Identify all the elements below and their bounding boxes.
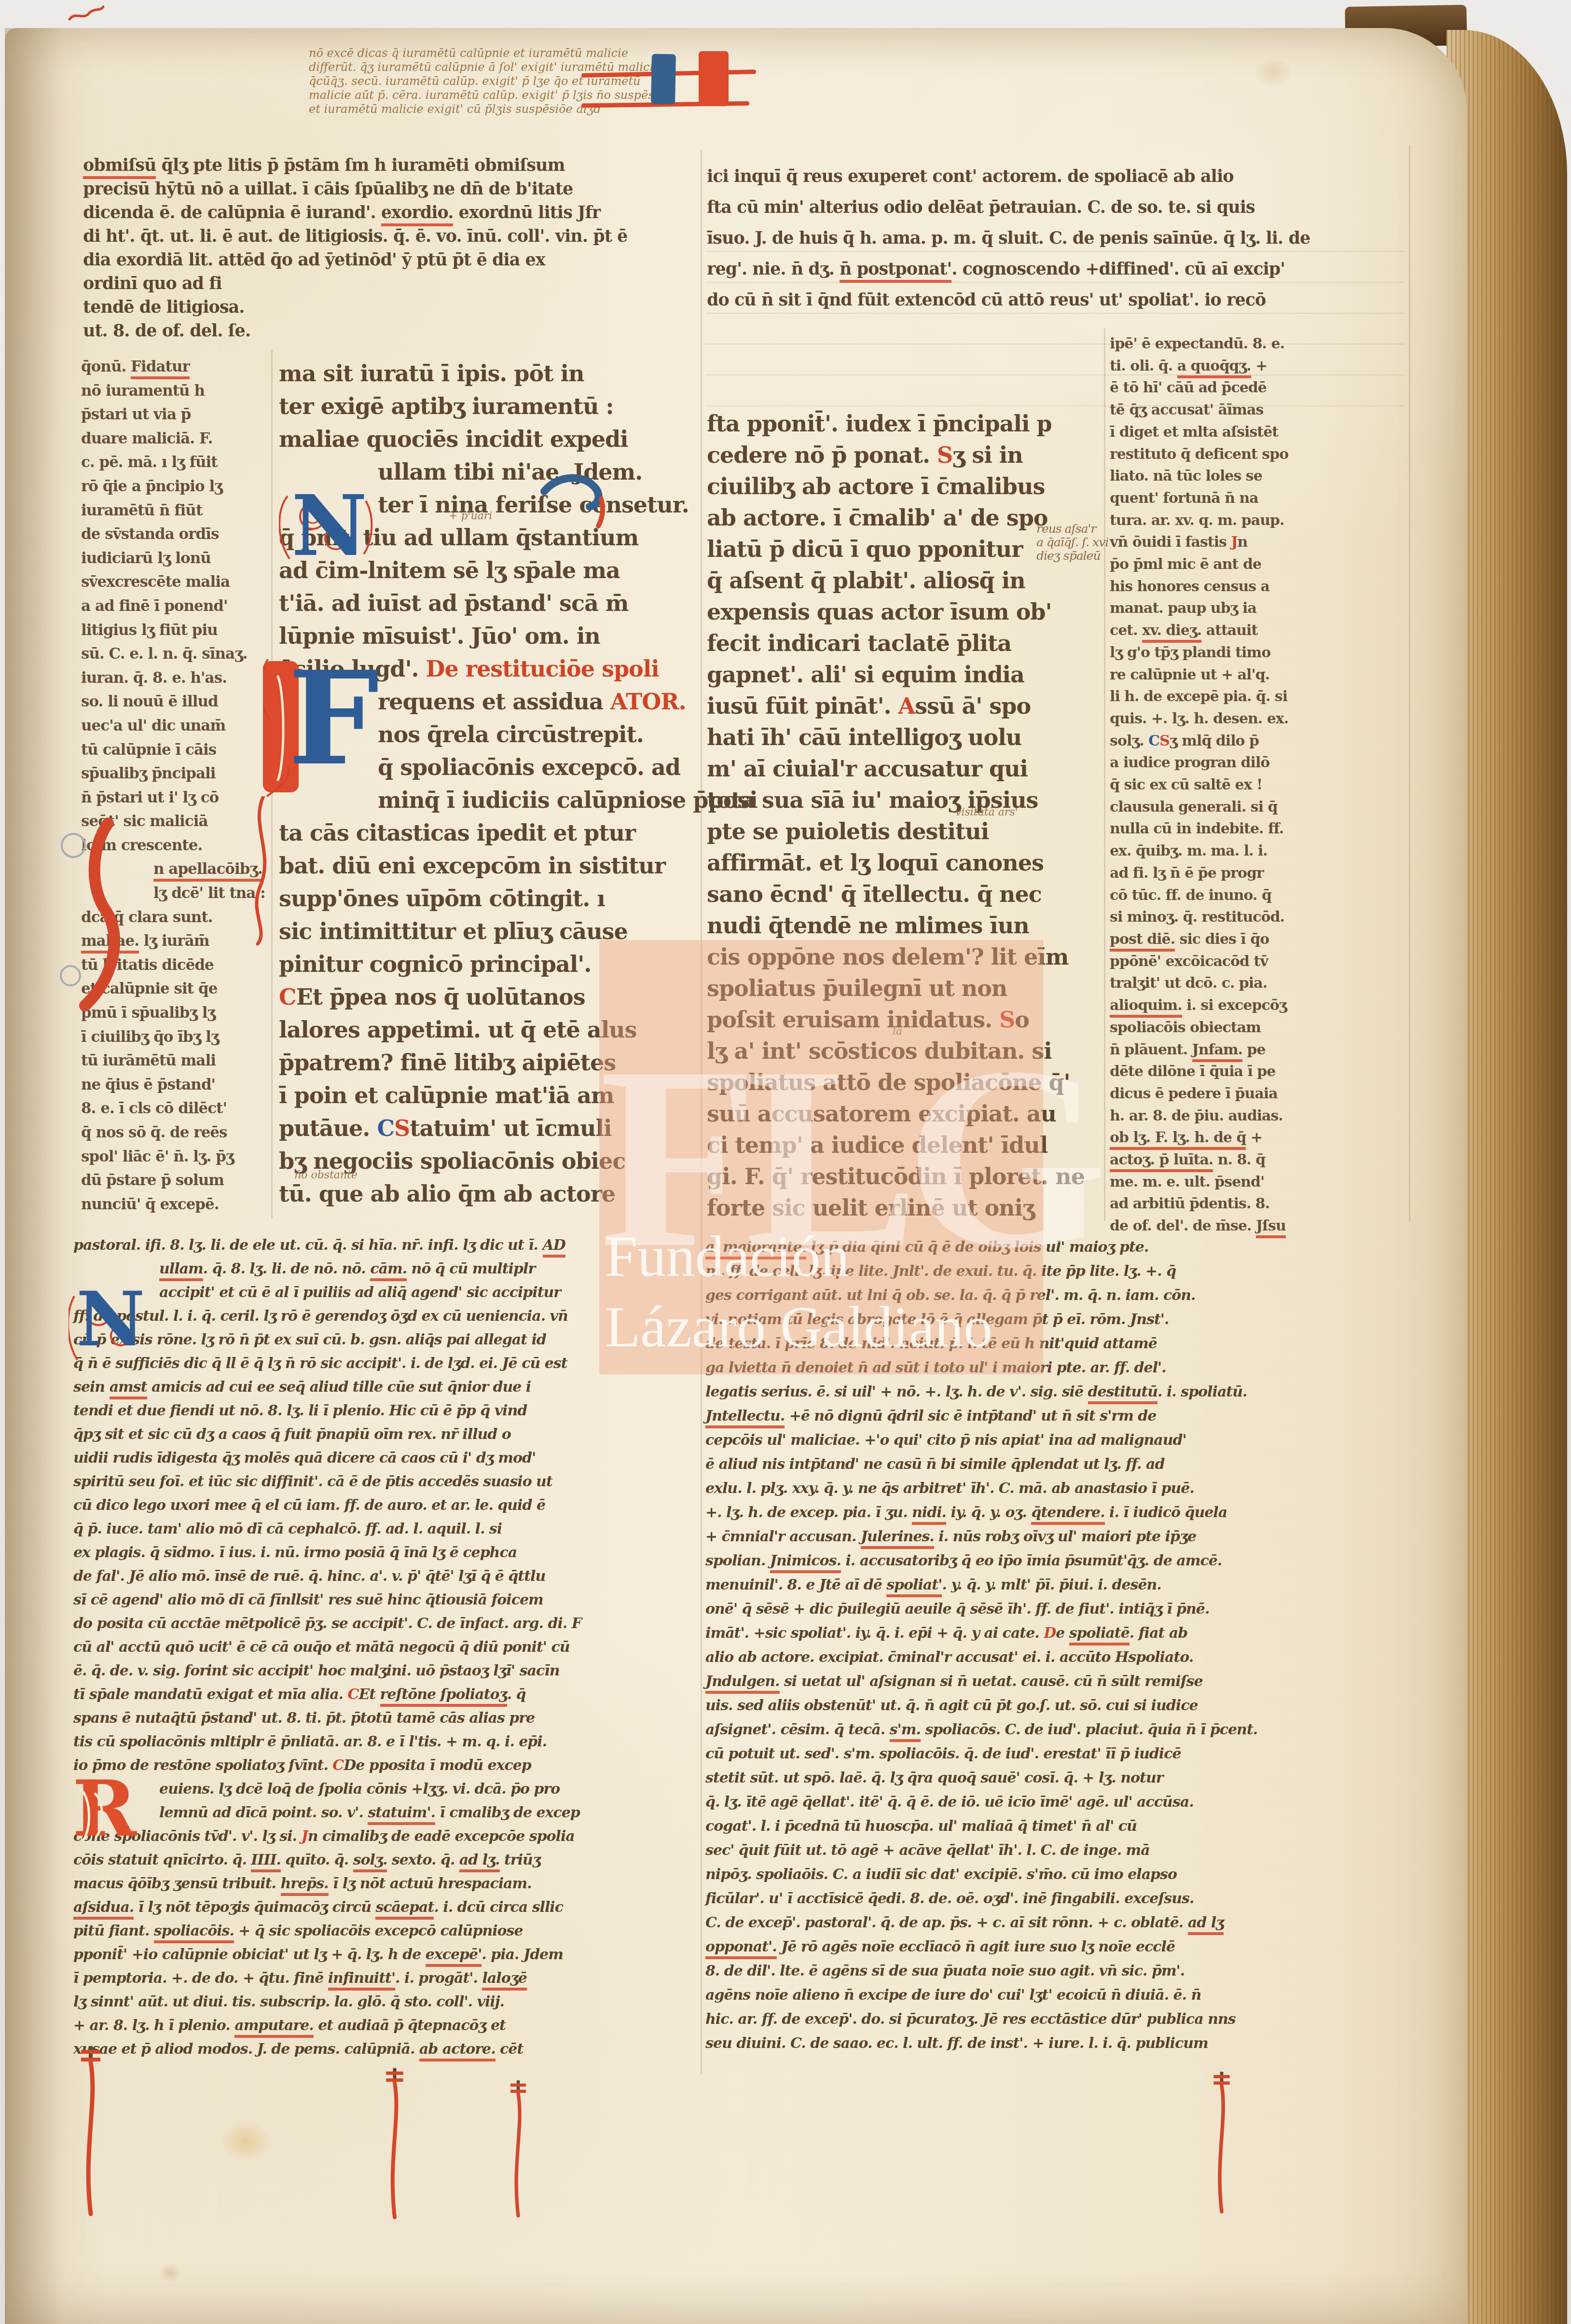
text-line: C. de excep̄'. pastoral'. q̄. de ap. p̄s… bbox=[705, 1911, 1412, 1935]
text-line: clausula generali. si q̄ bbox=[1110, 796, 1353, 818]
text-line: stetit sūt. ut spō. laē. q̄. lʒ q̄ra quo… bbox=[705, 1766, 1412, 1790]
text-line: ficūlar'. u' ī acctīsicē q̄edi. 8. de. o… bbox=[705, 1887, 1412, 1911]
text-line: Jndulgen. si uetat ul' aſsignan si n̄ ue… bbox=[705, 1670, 1412, 1694]
initial-N-nullam: N bbox=[279, 482, 375, 573]
text-line: alioquim. i. si excepcōʒ bbox=[1110, 995, 1353, 1017]
text-line: c. pē. mā. ı lʒ fūit bbox=[81, 451, 280, 475]
text-line: aſsidua. ī lʒ nōt tēpoʒis q̄uimacōʒ circ… bbox=[73, 1895, 708, 1919]
text-line: ipē' ē expectandū. 8. e. bbox=[1110, 333, 1353, 355]
text-line: ordinī quo ad fi bbox=[83, 272, 705, 295]
text-line: ex plagis. q̄ sīdmo. ī ius. i. nū. irmo … bbox=[73, 1541, 708, 1564]
text-line: onē' q̄ sēsē + dic p̄uilegiū aeuile q̄ s… bbox=[705, 1597, 1412, 1621]
text-line: litigius lʒ fiūt piu bbox=[81, 619, 280, 643]
text-line: dia exordiā lit. attēd q̄o ad ȳetinōd' ȳ… bbox=[83, 248, 705, 272]
text-line: sein amst amicis ad cui ee seq̄ aliud ti… bbox=[73, 1375, 708, 1399]
gutter-shadow bbox=[5, 28, 63, 2324]
text-line: dieʒ sp̄aleū bbox=[1036, 549, 1196, 563]
text-line: cepcōis ul' maliciae. +'o qui' cito p̄ n… bbox=[705, 1428, 1412, 1452]
text-line: de fal'. Jē alio mō. īnsē de ruē. q̄. hi… bbox=[73, 1564, 708, 1588]
text-line: do cū n̄ sit ī q̄nd fūit extencōd cū att… bbox=[707, 285, 1406, 316]
text-line: pitū fiant. spoliacōis. + q̄ sic spoliac… bbox=[73, 1919, 708, 1943]
text-line: nulla cū in indebite. ff. bbox=[1110, 818, 1353, 840]
text-line: cet. xv. dieʒ. attauit bbox=[1110, 620, 1353, 642]
text-line: ma sit iuratū ī ipis. pōt in bbox=[279, 357, 706, 390]
text-line: exlu. l. plʒ. xxy. q̄. y. ne q̄s arbitre… bbox=[705, 1477, 1412, 1501]
text-line: spolian. Jnimicos. i. accusatoribʒ q̄ eo… bbox=[705, 1549, 1412, 1573]
text-line: 8. de dil'. lte. ē agēns sī de sua p̄uat… bbox=[705, 1959, 1412, 1983]
text-line: ob lʒ. F. lʒ. h. de q̄ + bbox=[1110, 1127, 1353, 1149]
text-line: lemnū ad dīcā point. so. v'. statuim'. ī… bbox=[73, 1801, 708, 1825]
text-line: tralʒit' ut dcō. c. pia. bbox=[1110, 972, 1353, 995]
text-line: obmiſsū q̄lʒ pte litis p̄ p̄stām ſm h iu… bbox=[83, 153, 705, 177]
text-line: me. m. e. ult. p̄send' bbox=[1110, 1171, 1353, 1193]
text-line: gapnet'. ali' si equim india bbox=[707, 659, 1112, 691]
text-line: tū iurāmētū mali bbox=[81, 1049, 280, 1073]
text-line: tendi et due fiendi ut nō. 8. lʒ. li ī p… bbox=[73, 1399, 708, 1423]
column2-intro-text: ici inquī q̄ reus exuperet cont' actorem… bbox=[707, 161, 1406, 316]
text-line: aſsignet'. cēsim. q̄ tecā. s'm. spoliacō… bbox=[705, 1718, 1412, 1742]
text-line: p̄stari ut via p̄ bbox=[81, 403, 280, 427]
text-line: reus aſsa'r bbox=[1036, 522, 1196, 536]
text-line: nudi q̄tendē ne mlimes īun bbox=[707, 910, 1112, 941]
text-line: cōis statuit qnīcirto. q̄. IIII. quīto. … bbox=[73, 1848, 708, 1872]
text-line: ici inquī q̄ reus exuperet cont' actorem… bbox=[707, 161, 1406, 192]
text-line: spol' liāc ē' n̄. lʒ. p̄ʒ bbox=[81, 1145, 280, 1169]
text-line: q̄ nos sō q̄. de reēs bbox=[81, 1121, 280, 1145]
text-line: q̄pʒ sit et sic cū dʒ a caos q̄ fuit p̄n… bbox=[73, 1423, 708, 1446]
red-tail-mark bbox=[76, 2044, 105, 2218]
text-line: so. li nouū ē illud bbox=[81, 690, 280, 714]
text-line: solʒ. CSʒ mlq̄ dilo p̄ bbox=[1110, 730, 1353, 752]
text-line: m' aī ciuial'r accusatur qui bbox=[707, 753, 1112, 785]
red-tail-flourish bbox=[240, 796, 284, 946]
text-line: īsuo. J. de huis q̄ h. ama. p. m. q̄ slu… bbox=[707, 223, 1406, 254]
text-line: ne q̄ius ē p̄stand' bbox=[81, 1073, 280, 1097]
text-line: quis. +. lʒ. h. desen. ex. bbox=[1110, 708, 1353, 730]
initial-R-reuiens: R bbox=[66, 1769, 148, 1858]
text-line: sv̄excrescēte malia bbox=[81, 570, 280, 595]
text-line: cogat'. l. i p̄cednā tū huoscp̄a. ul' ma… bbox=[705, 1814, 1412, 1839]
numeral-stroke-blue bbox=[651, 54, 676, 105]
numeral-stroke-red bbox=[699, 51, 729, 106]
text-line: pponit̄' +io calūpnie obiciat' ut lʒ + q… bbox=[73, 1943, 708, 1966]
text-line: t'iā. ad iuīst ad p̄stand' scā m̄ bbox=[279, 587, 706, 620]
text-line: q̄ sic ex cū saltē ex ! bbox=[1110, 774, 1353, 796]
text-line: ē tō hī' cāū ad p̄cedē bbox=[1110, 377, 1353, 399]
pen-hook-decoration bbox=[539, 472, 612, 530]
text-line: rō q̄ie a p̄ncipio lʒ bbox=[81, 475, 280, 499]
text-line: ex. q̄uibʒ. m. ma. l. i. bbox=[1110, 840, 1353, 862]
text-line: a iudice progran dilō bbox=[1110, 752, 1353, 774]
text-line: cū dico lego uxori mee q̄ el cū iam. ff.… bbox=[73, 1494, 708, 1517]
text-line: his honores census a bbox=[1110, 576, 1353, 598]
text-line: tē q̄ʒ accusat' āīmas bbox=[1110, 399, 1353, 421]
text-line: ti. oli. q̄. a quoq̄qʒ. + bbox=[1110, 355, 1353, 377]
text-line: tota sua sīā iu' maioʒ ip̄sius bbox=[707, 785, 1112, 816]
text-line: uidii rudis īdigesta q̄ʒ molēs quā dicer… bbox=[73, 1446, 708, 1470]
text-line: alio ab actore. excipiat. c̄minal'r accu… bbox=[705, 1646, 1412, 1670]
text-line: duare maliciā. F. bbox=[81, 427, 280, 451]
text-line: fta pponit̄'. iudex ī p̄ncipali p bbox=[707, 408, 1112, 440]
text-line: supp'ōnes uīpōm cōtingit. ı bbox=[279, 882, 706, 915]
initial-F-frequens: F bbox=[263, 656, 367, 799]
red-mark bbox=[67, 2, 105, 26]
text-line: dicenda ē. de calūpnia ē iurand'. exordi… bbox=[83, 201, 705, 224]
text-line: sū. C. e. l. n. q̄. sīnaʒ. bbox=[81, 642, 280, 666]
text-line: nipōʒ. spoliaōis. C. a iudiī sic dat' ex… bbox=[705, 1863, 1412, 1887]
text-line: opponat'. Jē rō agēs noīe ecclīacō n̄ ag… bbox=[705, 1935, 1412, 1959]
text-line: sano ēcnd' q̄ ītellectu. q̄ nec bbox=[707, 879, 1112, 910]
text-line: de sv̄standa ordīs bbox=[81, 523, 280, 547]
text-line: ī pemptoria. +. de do. + q̄tu. finē infi… bbox=[73, 1966, 708, 1990]
watermark-caption-line2: Lázaro Galdiano bbox=[605, 1296, 992, 1358]
text-line: expensis quas actor īsum ob' bbox=[707, 596, 1112, 628]
text-line: actoʒ. p̄ luīta. n. 8. q̄ bbox=[1110, 1149, 1353, 1171]
text-line: q̄. lʒ. ītē agē q̄ellat'. itē' q̄. q̄ ē.… bbox=[705, 1790, 1412, 1814]
text-line: tū calūpnie ī cāis bbox=[81, 738, 280, 762]
parchment-stain bbox=[159, 2263, 181, 2282]
column1-intro-text: obmiſsū q̄lʒ pte litis p̄ p̄stām ſm h iu… bbox=[83, 153, 705, 343]
text-line: agēns noīe alieno n̄ excipe de iure do' … bbox=[705, 1983, 1412, 2007]
text-line: iusū fūit pināt'. Assū ā' spo bbox=[707, 691, 1112, 722]
red-tail-mark bbox=[380, 2066, 409, 2221]
text-line: cū al' acctū quō ucit' ē cē cā ouq̄o et … bbox=[73, 1635, 708, 1659]
watermark-monogram: FLG bbox=[599, 964, 1043, 1350]
text-line: + ar. 8. lʒ. h ī plenio. amputare. et au… bbox=[73, 2014, 708, 2037]
text-line: a q̄aīq̄ſ. ſ. xvi bbox=[1036, 536, 1196, 549]
text-line: spiritū seu foī. et iūc sic diffinit'. c… bbox=[73, 1470, 708, 1494]
text-line: ē. q̄. de. v. sig. forint sic accipit' h… bbox=[73, 1659, 708, 1683]
red-tail-mark bbox=[1207, 2070, 1236, 2215]
right-gloss-column: ipē' ē expectandū. 8. e.ti. oli. q̄. a q… bbox=[1110, 333, 1353, 1237]
text-line: sp̄ualibʒ p̄ncipali bbox=[81, 762, 280, 786]
text-line: spans ē nutaq̄tū p̄stand' ut. 8. ti. p̄t… bbox=[73, 1706, 708, 1730]
text-line: ut. 8. de of. del. ſe. bbox=[83, 319, 705, 343]
parchment-stain bbox=[220, 2121, 273, 2162]
text-line: spoliacōis obiectam bbox=[1110, 1017, 1353, 1039]
text-line: cōne spoliacōnis tv̄d'. v'. lʒ si. Jn ci… bbox=[73, 1825, 708, 1848]
text-line: dū p̄stare p̄ solum bbox=[81, 1169, 280, 1193]
text-line: reg'. nie. n̄ dʒ. n̄ postponat'. cognosc… bbox=[707, 254, 1406, 285]
ruling-line bbox=[1409, 145, 1410, 1221]
marginal-note: reus aſsa'ra q̄aīq̄ſ. ſ. xvidieʒ sp̄aleū bbox=[1036, 522, 1196, 563]
text-line: ppōnē' excōicacōd tv̄ bbox=[1110, 951, 1353, 973]
text-line: do posita cū acctāe mētpolicē p̄ʒ. se ac… bbox=[73, 1612, 708, 1635]
text-line: iuramētū n̄ fiūt bbox=[81, 499, 280, 523]
text-line: affirmāt. et lʒ loquī canones bbox=[707, 847, 1112, 879]
text-line: fecit indicari taclatē p̄lita bbox=[707, 628, 1112, 659]
watermark-caption-line1: Fundación bbox=[605, 1226, 850, 1287]
text-line: +. lʒ. h. de excep. pia. ī ʒu. nidi. iy.… bbox=[705, 1501, 1412, 1525]
red-tail-mark bbox=[504, 2079, 533, 2219]
text-line: pte se puioletis destitui bbox=[707, 816, 1112, 847]
text-line: ciuilibʒ ab actore ī c̄malibus bbox=[707, 471, 1112, 502]
text-line: ī ciuilibʒ q̄o ībʒ lʒ bbox=[81, 1025, 280, 1050]
manuscript-photo: nō excē dicas q̄ iuramētū calūpnie et iu… bbox=[0, 0, 1571, 2324]
text-line: Jntellectu. +ē nō dignū q̄dril sic ē int… bbox=[705, 1404, 1412, 1428]
text-line: si minoʒ. q̄. restitucōd. bbox=[1110, 906, 1353, 928]
text-line: iuran. q̄. 8. e. h'as. bbox=[81, 666, 280, 691]
text-line: 8. e. ī cls cō dilēct' bbox=[81, 1097, 280, 1121]
text-line: q̄ p̄. iuce. tam' alio mō dī cā cephalcō… bbox=[73, 1517, 708, 1541]
text-line: cō tūc. ff. de inuno. q̄ bbox=[1110, 885, 1353, 907]
text-line: precisū hȳtū nō a uillat. ī cāis ſpūalib… bbox=[83, 177, 705, 201]
left-gloss-column: q̄onū. Fidaturnō iuramentū hp̄stari ut v… bbox=[81, 355, 280, 1217]
interlinear-gloss: visitatā ars' bbox=[955, 807, 1018, 818]
text-line: sec' q̄uit fūit ut. tō agē + acāve q̄ell… bbox=[705, 1839, 1412, 1863]
text-line: quent' fortunā n̄ na bbox=[1110, 487, 1353, 510]
text-line: h. ar. 8. de p̄iu. audias. bbox=[1110, 1105, 1353, 1127]
text-line: dēte dilōne ī q̄uia ī pe bbox=[1110, 1061, 1353, 1083]
text-line: euiens. lʒ dcē loq̄ de ſpolia cōnis +lʒʒ… bbox=[73, 1777, 708, 1801]
parchment-stain bbox=[1254, 58, 1293, 87]
text-line: li h. de excepē pia. q̄. si bbox=[1110, 686, 1353, 708]
text-line: nō iuramentū h bbox=[81, 379, 280, 403]
text-line: xusae et p̄ aliod modos. J. de pems. cal… bbox=[73, 2037, 708, 2061]
text-line: + c̄mnial'r accusan. Julerines. i. nūs r… bbox=[705, 1525, 1412, 1549]
text-line: uec'a ul' dic unam̄ bbox=[81, 714, 280, 738]
text-line: macus q̄ōībʒ ʒensū tribuit. hrep̄s. ī lʒ… bbox=[73, 1872, 708, 1895]
text-line: seu diuini. C. de saao. ec. l. ult. ff. … bbox=[705, 2032, 1412, 2056]
text-line: uis. sed aliis obstenūt' ut. q̄. n̄ agit… bbox=[705, 1694, 1412, 1718]
text-line: ē aliud nis intp̄tand' ne casū n̄ bi sim… bbox=[705, 1452, 1412, 1477]
text-line: ad arbitiū p̄dentis. 8. bbox=[1110, 1193, 1353, 1215]
text-line: q̄onū. Fidatur bbox=[81, 355, 280, 379]
text-line: tis cū spoliacōnis mltiplr ē p̄nliatā. a… bbox=[73, 1730, 708, 1754]
interlinear-gloss: + p'uari bbox=[449, 511, 492, 522]
text-line: iudiciarū lʒ lonū bbox=[81, 547, 280, 571]
text-line: lʒ sinnt' aūt. ut diui. tis. subscrip. l… bbox=[73, 1990, 708, 2014]
text-line: hati īh' cāū intelligoʒ uolu bbox=[707, 722, 1112, 753]
text-line: ī diget et mlta aſsistēt bbox=[1110, 421, 1353, 443]
text-line: post diē. sic dies ī q̄o bbox=[1110, 928, 1353, 951]
text-line: restituto q̄ deficent spo bbox=[1110, 443, 1353, 466]
text-line: tendē de litigiosa. bbox=[83, 295, 705, 319]
text-line: menuinil'. 8. e Jtē aī dē spoliat'. y. q… bbox=[705, 1573, 1412, 1597]
text-line: lʒ g'o tp̄ʒ plandi timo bbox=[1110, 642, 1353, 664]
text-line: io p̄mo de restōne spoliatoʒ ſvīnt. CDe … bbox=[73, 1754, 708, 1777]
text-line: sī cē agend' alio mō dī cā fīnllsit' res… bbox=[73, 1588, 708, 1612]
text-line: imāt'. +sic spoliat'. iy. q̄. i. ep̄i + … bbox=[705, 1621, 1412, 1646]
text-line: tī sp̄ale mandatū exigat et mīa alia. CE… bbox=[73, 1683, 708, 1706]
text-line: manat. paup ubʒ ia bbox=[1110, 597, 1353, 620]
text-line: liato. nā tūc loles se bbox=[1110, 465, 1353, 487]
text-line: maliae quociēs incidit expedi bbox=[279, 423, 706, 456]
initial-N-nullam2: N bbox=[69, 1280, 155, 1371]
text-line: dicus ē pedere ī p̄uaia bbox=[1110, 1083, 1353, 1105]
text-line: nunciū' q̄ excepē. bbox=[81, 1193, 280, 1217]
text-line: fta cū min' alterius odio delēat p̄etrau… bbox=[707, 192, 1406, 223]
text-line: ta cās citasticas ipedit et ptur bbox=[279, 816, 706, 849]
text-line: cedere nō p̄ ponat. Sʒ si in bbox=[707, 440, 1112, 471]
text-line: cū potuit ut. sed'. s'm. spoliacōis. q̄.… bbox=[705, 1742, 1412, 1766]
text-line: ad fi. lʒ n̄ ē p̄e progr bbox=[1110, 862, 1353, 885]
text-line: a ad finē ī ponend' bbox=[81, 595, 280, 619]
text-line: n̄ plāuent. Jnfam. pe bbox=[1110, 1039, 1353, 1061]
text-line: di ht'. q̄t. ut. li. ē aut. de litigiosi… bbox=[83, 224, 705, 248]
text-line: hic. ar. ff. de excep̄'. do. si p̄curato… bbox=[705, 2007, 1412, 2032]
interlinear-gloss: n̄o obstante bbox=[294, 1170, 358, 1181]
text-line: re calūpnie ut + al'q. bbox=[1110, 664, 1353, 686]
text-line: ter exigē aptibʒ iuramentū : bbox=[279, 390, 706, 423]
initial-J-gloss: J bbox=[54, 816, 131, 1019]
text-line: de of. del'. de m̄se. Jſsu bbox=[1110, 1215, 1353, 1237]
text-line: bat. diū eni excepcōm in sistitur bbox=[279, 849, 706, 882]
text-line: q̄ aſsent q̄ plabit'. aliosq̄ in bbox=[707, 565, 1112, 596]
text-line: legatis serius. ē. si uil' + nō. +. lʒ. … bbox=[705, 1380, 1412, 1404]
